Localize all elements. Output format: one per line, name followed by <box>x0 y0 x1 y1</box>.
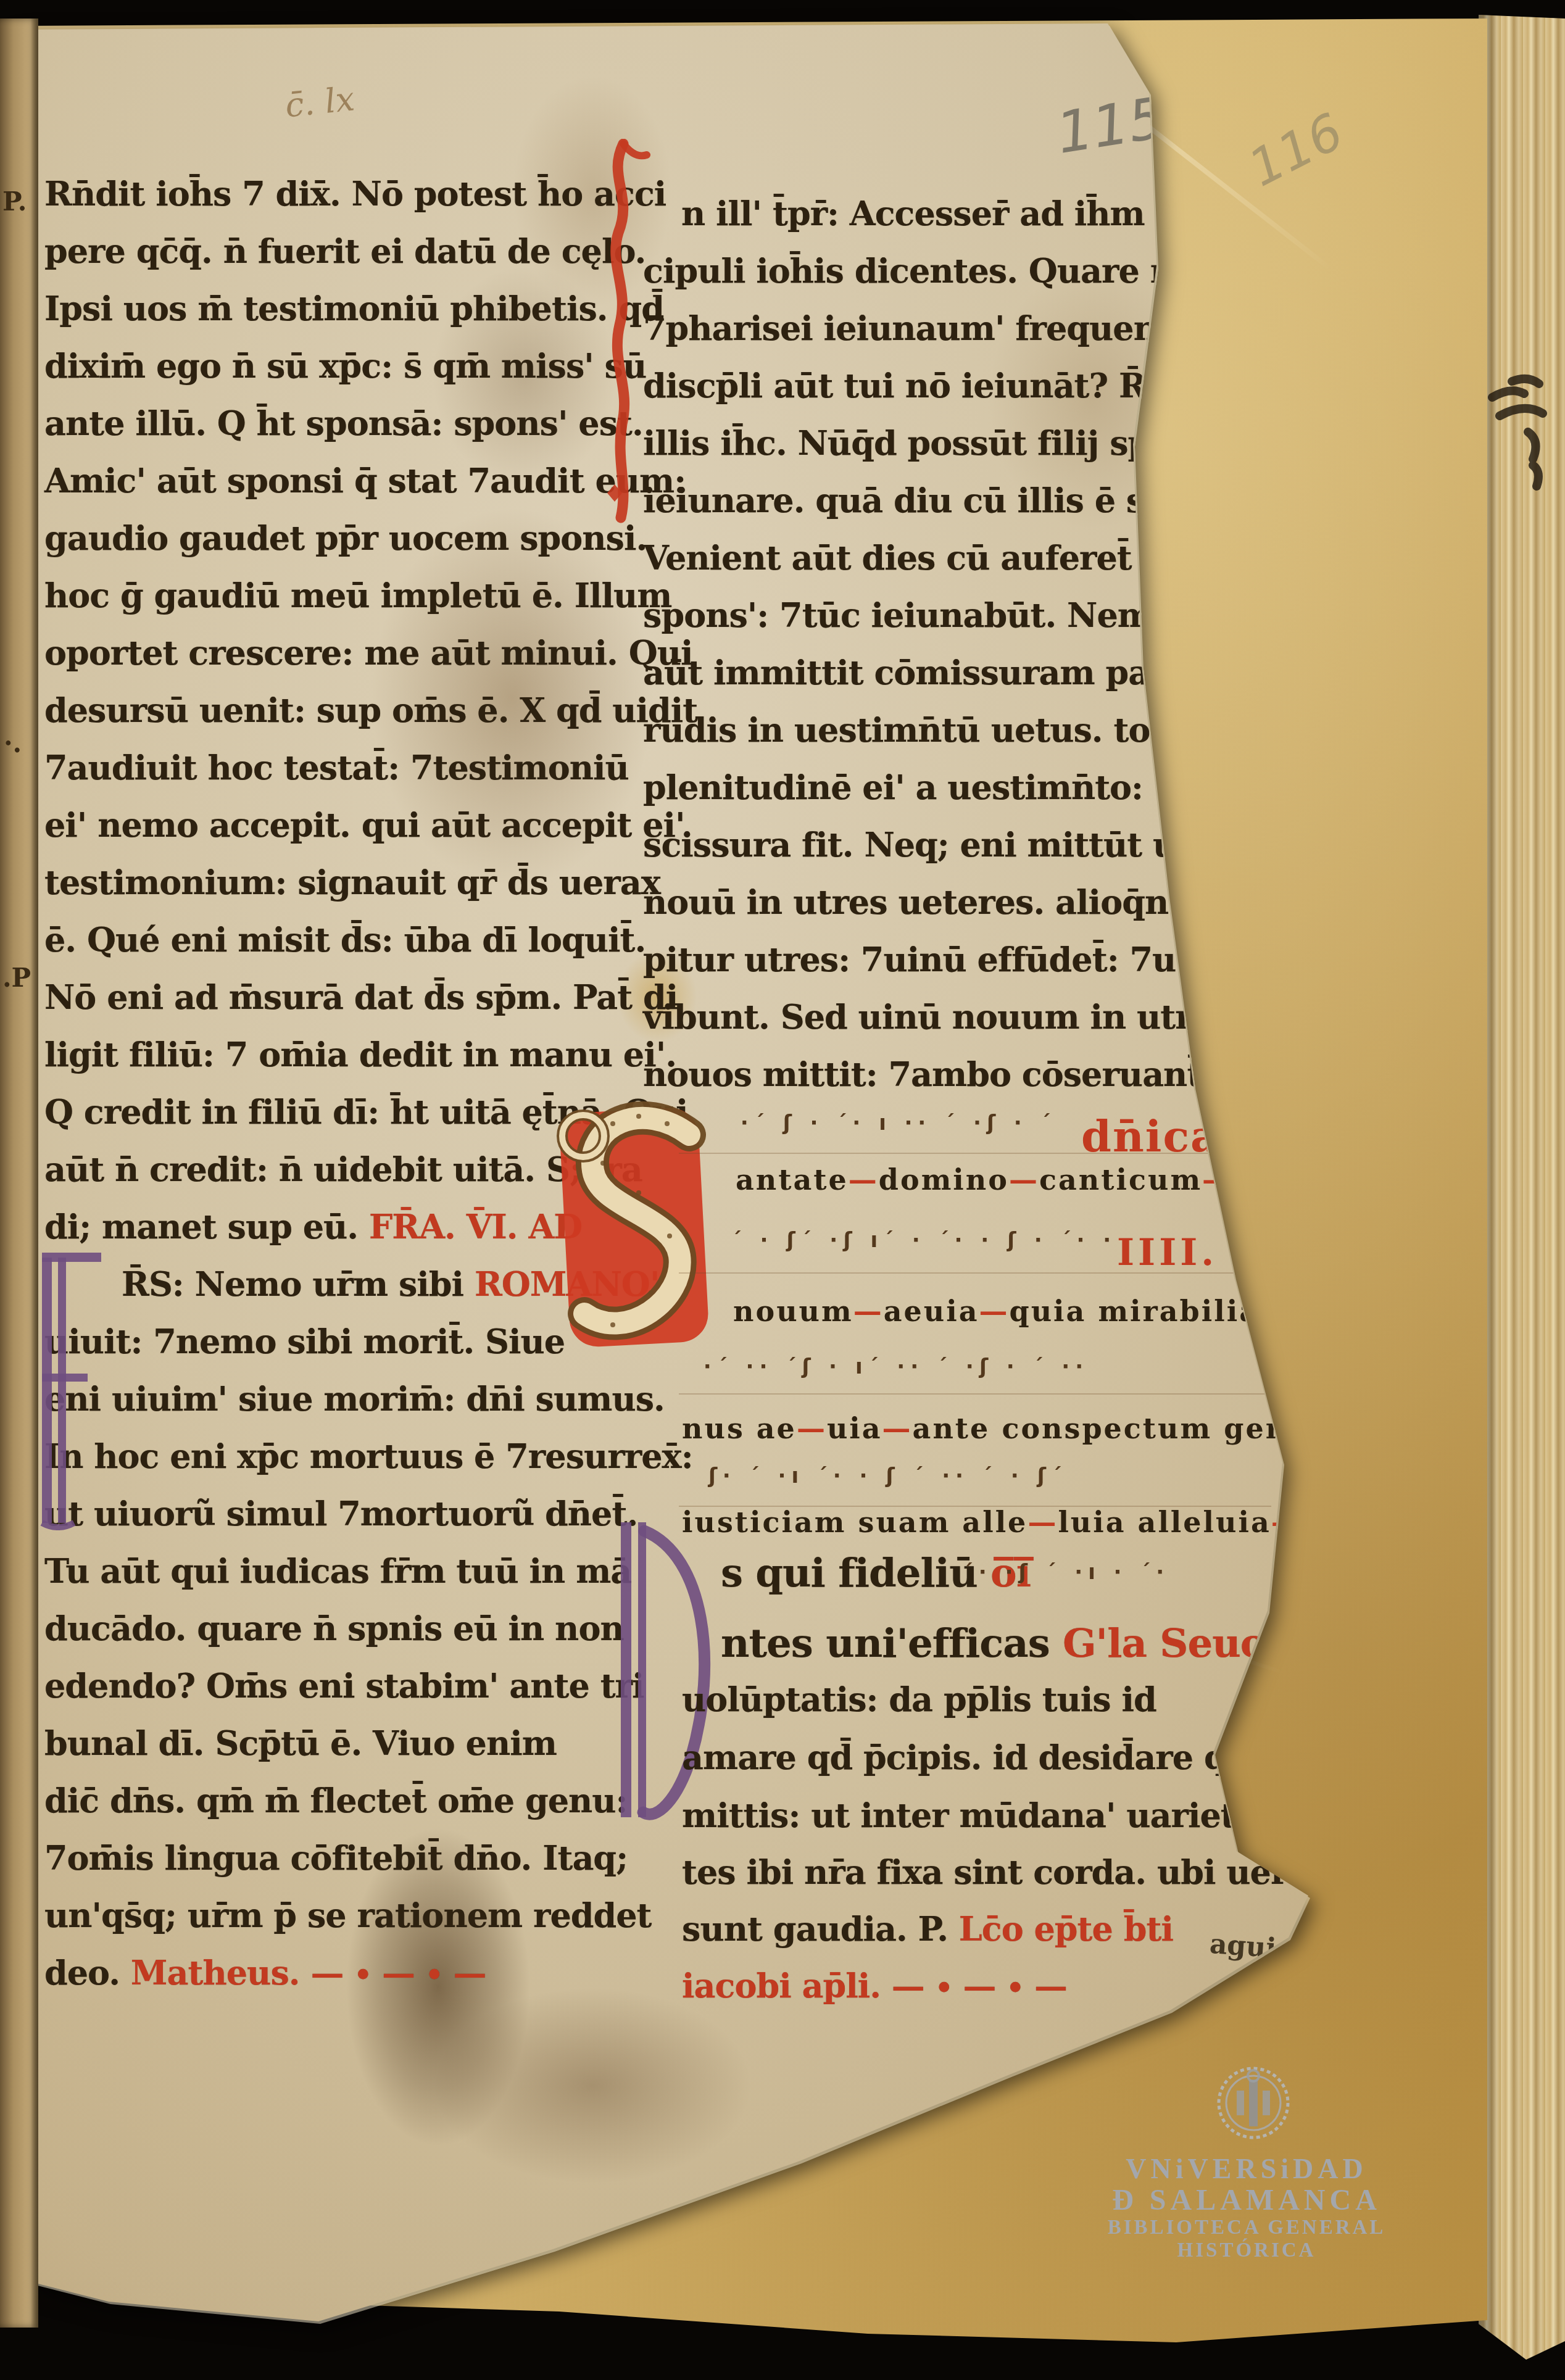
ink-text: ante illū. Q h̄t sponsā: spons' est. <box>44 404 643 443</box>
ink-text: mittis: ut inter mūdana' uarietate. <box>682 1796 1303 1835</box>
rubric-text: — <box>797 1412 827 1445</box>
rubric-text: — <box>1027 1506 1058 1539</box>
gutter-letter-fragment: P. <box>2 186 27 217</box>
ink-text: un'qs̄q; ur̄m p̄ se rationem reddet <box>44 1896 652 1935</box>
ink-text: desursū uenit: sup om̄s ē. X qd̄ uidit <box>44 690 697 730</box>
ink-text: edendo? Om̄s eni stabim' ante tri <box>44 1666 644 1706</box>
collect-text-line: uolūptatis: da pp̄lis tuis id <box>682 1680 1156 1719</box>
ink-text: ei' nemo accepit. qui aūt accepit ei' <box>44 805 685 845</box>
right-text-column: n ill' t̄pr̄: Accesser̄ ad ih̄m discipul… <box>643 185 1271 1103</box>
text-line: scissura fit. Neq; eni mittūt uinū <box>643 816 1271 874</box>
text-line: ut uiuorũ simul 7mortuorũ dn̄et̄. <box>44 1485 697 1543</box>
ink-text: Venient aūt dies cū auferet̄ ab eis <box>643 538 1248 578</box>
rubric-text: — <box>1202 1163 1232 1196</box>
text-line: dic̄ dn̄s. qm̄ m̄ flectet̄ om̄e genu: <box>44 1772 697 1830</box>
ink-text: cipuli ioh̄is dicentes. Quare nos <box>643 251 1213 291</box>
text-line: edendo? Om̄s eni stabim' ante tri <box>44 1657 697 1715</box>
ink-text: s qui fideliū <box>721 1550 990 1596</box>
ink-text: pere qc̄q̄. n̄ fuerit ei datū de cęlo. <box>44 231 646 271</box>
text-line: nouos mittit: 7ambo cōseruant̄. <box>643 1046 1271 1103</box>
ink-text: testimonium: signauit qr̄ d̄s uerax <box>44 863 660 902</box>
ink-text: dic̄ dn̄s. qm̄ m̄ flectet̄ om̄e genu: <box>44 1781 628 1820</box>
ink-text: Nō eni ad m̄surā dat d̄s sp̄m. Pat̄ di <box>44 977 678 1017</box>
ink-text: ē. Qué eni misit d̄s: ūba dī loquit̄. <box>44 920 646 960</box>
ink-text: nouum <box>733 1295 853 1328</box>
ink-text: scissura fit. Neq; eni mittūt uinū <box>643 825 1235 865</box>
ink-text: spons': 7tūc ieiunabūt. Nemo <box>643 595 1174 635</box>
text-line: ieiunare. quā diu cū illis ē spons'? <box>643 472 1271 529</box>
collect-text-line: amare qd̄ p̄cipis. id desid̄are qd̄ p̄ q… <box>682 1738 1317 1777</box>
ink-text: aūt immittit cōmissuram panni <box>643 653 1208 692</box>
neume-notation-row: ´ ∙ ʃ´ ∙ʃ ı´ ∙ ´∙ ∙ ʃ ∙ ´∙ ∙ <box>731 1228 1117 1253</box>
torn-edge-text-fragment: aguis. <box>1208 1928 1301 1966</box>
rubric-text: S <box>1301 1506 1324 1539</box>
ink-text: plenitudinē ei' a uestimn̄to: 7peior <box>643 768 1271 807</box>
ink-text: uia <box>827 1412 882 1445</box>
rubric-text: — <box>1271 1506 1301 1539</box>
rubric-text: iacobi ap̄li. — ∙ — ∙ — <box>682 1966 1067 2005</box>
text-line: Nō eni ad m̄surā dat d̄s sp̄m. Pat̄ di <box>44 969 697 1026</box>
ink-text: Rn̄dit ioh̄s 7 dix̄. Nō potest h̄o acci <box>44 174 666 214</box>
staff-line <box>679 1272 1284 1274</box>
rubric-text: — <box>979 1295 1009 1328</box>
neume-notation-row: ∙´ ∙∙ ´ʃ ∙ ı´ ∙∙ ´ ∙ʃ ∙ ´ ∙∙ <box>704 1354 1089 1379</box>
ink-text: pitur utres: 7uinū effūdet̄: 7utres <box>643 940 1246 979</box>
overlay-leaf-wrap: c̄. lx 115 Rn̄dit ioh̄s 7 dix̄. Nō potes… <box>0 0 1565 2380</box>
staff-line <box>679 1393 1284 1395</box>
ink-text: discp̄li aūt tui nō ieiunāt? R̄ ait <box>643 366 1205 405</box>
collect-text-line: sunt gaudia. P. Lc̄o ep̄te b̄ti <box>682 1909 1173 1949</box>
ink-text: ntes uni'efficas <box>721 1620 1063 1667</box>
rubric-text: — <box>1544 1412 1565 1445</box>
collect-text-line: iacobi ap̄li. — ∙ — ∙ — <box>682 1966 1067 2005</box>
text-line: plenitudinē ei' a uestimn̄to: 7peior <box>643 759 1271 816</box>
ink-text: 7audiuit hoc testat̄: 7testimoniū <box>44 748 629 787</box>
neume-notation-row: ´∙ ∙ʃ ´ ∙ı ∙ ´∙ <box>963 1560 1170 1585</box>
text-line: rudis in uestimn̄tū uetus. tollet n̄ <box>643 702 1271 759</box>
ink-text: sunt gaudia. P. <box>682 1909 959 1949</box>
rubric-text: Matheus. — ∙ — ∙ — <box>131 1953 486 1992</box>
rubric-text: — <box>853 1295 884 1328</box>
text-line: aūt immittit cōmissuram panni <box>643 644 1271 702</box>
overlay-leaf-folio-115: c̄. lx 115 Rn̄dit ioh̄s 7 dix̄. Nō potes… <box>0 0 1565 2380</box>
folio-number-overlay: 115 <box>1052 85 1169 167</box>
rubric-text: G'la Seuouae <box>1063 1620 1343 1667</box>
text-line: cipuli ioh̄is dicentes. Quare nos <box>643 243 1271 300</box>
ink-text: rudis in uestimn̄tū uetus. tollet n̄ <box>643 710 1244 750</box>
rubric-text: — <box>1009 1163 1039 1196</box>
neume-notation-row: ∙´ ʃ ∙ ´∙ ı ∙∙ ´ ∙ʃ ∙ ´ <box>741 1111 1056 1135</box>
text-line: Venient aūt dies cū auferet̄ ab eis <box>643 529 1271 587</box>
ink-text: ieiunare. quā diu cū illis ē spons'? <box>643 481 1259 520</box>
collect-text-line: mittis: ut inter mūdana' uarietate. <box>682 1796 1303 1835</box>
text-line: pitur utres: 7uinū effūdet̄: 7utres <box>643 931 1271 989</box>
ink-text: uolūptatis: da pp̄lis tuis id <box>682 1680 1156 1719</box>
ink-text: ante conspectum gentium reuelauit <box>913 1412 1544 1445</box>
text-line: eni uiuim' siue morim̄: dn̄i sumus. <box>44 1370 697 1428</box>
gutter-letter-fragment: .P <box>2 963 31 993</box>
ink-text: Tu aūt qui iudicas fr̄m tuū in mā <box>44 1551 631 1591</box>
text-line: illis ih̄c. Nūq̄d possūt filij sponsi <box>643 415 1271 472</box>
chant-text-line: nus ae—uia—ante conspectum gentium reuel… <box>682 1412 1565 1445</box>
text-line: desursū uenit: sup om̄s ē. X qd̄ uidit <box>44 682 697 739</box>
text-line: hoc ḡ gaudiū meū impletū ē. Illum <box>44 567 697 624</box>
text-line: 7pharisei ieiunaum' frequenter. <box>643 300 1271 357</box>
neume-notation-row: ʃ∙ ´ ∙ı ´∙ ∙ ʃ ´ ∙∙ ´ ∙ ʃ´ <box>708 1464 1068 1488</box>
ink-text: n ill' t̄pr̄: Accesser̄ ad ih̄m dis <box>681 194 1208 233</box>
flourished-initial-i <box>596 139 652 534</box>
text-line: 7om̄is lingua cōfitebit̄ dn̄o. Itaq; <box>44 1830 697 1887</box>
text-line: deo. Matheus. — ∙ — ∙ — <box>44 1944 697 2002</box>
text-line: vibunt. Sed uinū nouum in utres <box>643 989 1271 1046</box>
chant-text-line: antate—domino—canticum— <box>736 1163 1232 1196</box>
ink-text: gaudio gaudet pp̄r uocem sponsi. <box>44 518 647 558</box>
ink-text: canticum <box>1039 1163 1202 1196</box>
rubric-text: — <box>882 1412 913 1445</box>
ink-text: deo. <box>44 1953 131 1992</box>
ink-text: tes ibi nr̄a fixa sint corda. ubi uero <box>682 1852 1309 1892</box>
ink-text: amare qd̄ p̄cipis. id desid̄are qd̄ p̄ q… <box>682 1738 1317 1777</box>
collect-text-line: tes ibi nr̄a fixa sint corda. ubi uero <box>682 1852 1309 1892</box>
gutter-previous-page-edge: P. ·. .P <box>0 19 38 2328</box>
collect-text-line: ntes uni'efficas G'la Seuouae <box>721 1620 1343 1667</box>
ink-text: illis ih̄c. Nūq̄d possūt filij sponsi <box>643 423 1226 463</box>
decorated-initial-cantate <box>546 1089 731 1367</box>
ink-text: oportet crescere: me aūt minui. Qui <box>44 633 693 673</box>
rubric-text: Lc̄o ep̄te b̄ti <box>959 1909 1173 1949</box>
ink-text: vibunt. Sed uinū nouum in utres <box>643 997 1231 1037</box>
text-line: 7audiuit hoc testat̄: 7testimoniū <box>44 739 697 797</box>
ink-text: iusticiam suam alle <box>682 1506 1027 1539</box>
chant-text-line: iusticiam suam alle—luia alleluia—Saluab… <box>682 1506 1556 1539</box>
text-line: nouū in utres ueteres. alioq̄n rum <box>643 874 1271 931</box>
ink-text: In hoc eni xp̄c mortuus ē 7resurrex̄: <box>44 1437 693 1476</box>
old-foliation-mark: c̄. lx <box>283 79 356 125</box>
manuscript-photo: 116 VNiVERSiDAD Ð SALAMANCA BIBLIOTECA G… <box>0 0 1565 2380</box>
text-line: ducādo. quare n̄ spnis eū in non <box>44 1600 697 1657</box>
ink-text: dixim̄ ego n̄ sū xp̄c: s̄ qm̄ miss' sū <box>44 346 646 386</box>
text-line: ligit filiū: 7 om̄ia dedit in manu ei'. <box>44 1026 697 1084</box>
rubric-dominica: dn̄ica <box>1081 1111 1219 1162</box>
initial-d-purple <box>612 1515 723 1830</box>
rubric-text: — <box>849 1163 879 1196</box>
staff-line <box>679 1153 1271 1154</box>
ink-text: antate <box>736 1163 849 1196</box>
ink-text: ducādo. quare n̄ spnis eū in non <box>44 1609 624 1648</box>
ink-text: ligit filiū: 7 om̄ia dedit in manu ei'. <box>44 1035 676 1074</box>
ink-text: luia alleluia <box>1058 1506 1271 1539</box>
text-line: testimonium: signauit qr̄ d̄s uerax <box>44 854 697 911</box>
ink-text: aluabit sibi <box>1324 1506 1525 1539</box>
text-line: discp̄li aūt tui nō ieiunāt? R̄ ait <box>643 357 1271 415</box>
ink-text: nouū in utres ueteres. alioq̄n rum <box>643 882 1255 922</box>
ink-text: nouos mittit: 7ambo cōseruant̄. <box>643 1055 1213 1094</box>
rubric-text: — <box>1526 1506 1556 1539</box>
text-line: spons': 7tūc ieiunabūt. Nemo <box>643 587 1271 644</box>
text-line: n ill' t̄pr̄: Accesser̄ ad ih̄m dis <box>643 185 1271 243</box>
ink-text: domino <box>879 1163 1009 1196</box>
ink-text: R̄S: Nemo ur̄m sibi <box>122 1264 475 1304</box>
ink-text: Ipsi uos m̄ testimoniū phibetis. qd̄ <box>44 289 664 328</box>
ink-text: hoc ḡ gaudiū meū impletū ē. Illum <box>44 576 671 615</box>
ink-text: eni uiuim' siue morim̄: dn̄i sumus. <box>44 1379 665 1419</box>
text-line: ē. Qué eni misit d̄s: ūba dī loquit̄. <box>44 911 697 969</box>
text-line: ei' nemo accepit. qui aūt accepit ei' <box>44 797 697 854</box>
chant-text-line: nouum—aeuia—quia mirabilia fecit dom̄i— <box>733 1295 1481 1328</box>
ink-text: ut uiuorũ simul 7mortuorũ dn̄et̄. <box>44 1494 637 1533</box>
text-line: oportet crescere: me aūt minui. Qui <box>44 624 697 682</box>
ink-text: Amic' aūt sponsi q̄ stat 7audit eum: <box>44 461 686 500</box>
water-stain <box>432 1987 753 2184</box>
text-line: Tu aūt qui iudicas fr̄m tuū in mā <box>44 1543 697 1600</box>
ink-text: di; manet sup eū. <box>44 1207 369 1246</box>
ink-text: 7pharisei ieiunaum' frequenter. <box>643 309 1218 348</box>
ink-text: 7om̄is lingua cōfitebit̄ dn̄o. Itaq; <box>44 1838 628 1878</box>
text-line: bunal dī. Scp̄tū ē. Viuo enim <box>44 1715 697 1772</box>
ink-text: bunal dī. Scp̄tū ē. Viuo enim <box>44 1723 557 1763</box>
gutter-letter-fragment: ·. <box>4 728 22 758</box>
rubric-text: — <box>1451 1295 1481 1328</box>
text-line: un'qs̄q; ur̄m p̄ se rationem reddet <box>44 1887 697 1944</box>
initial-f-purple <box>33 1253 120 1530</box>
text-line: In hoc eni xp̄c mortuus ē 7resurrex̄: <box>44 1428 697 1485</box>
rubric-sunday-number: IIII. <box>1117 1231 1218 1274</box>
ink-text: quia mirabilia fecit dom̄i <box>1009 1295 1450 1328</box>
ink-text: uiuit: 7nemo sibi morit̄. Siue <box>44 1322 565 1361</box>
ink-text: nus ae <box>682 1412 797 1445</box>
ink-text: aeuia <box>884 1295 979 1328</box>
